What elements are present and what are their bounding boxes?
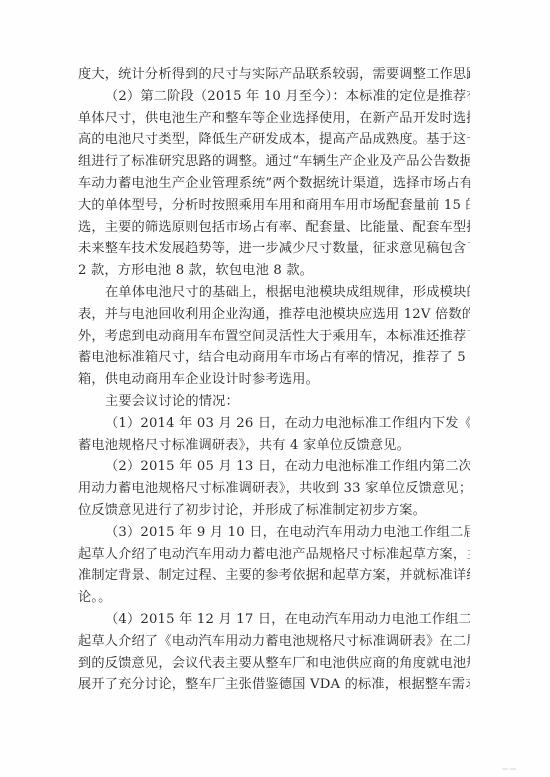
paragraph-module-size: 在单体电池尺寸的基础上，根据电池模块成组规律，形成模块的推荐尺寸列 xyxy=(78,282,470,304)
text-line: 准制定背景、制定过程、主要的参考依据和起草方案，并就标准详细内容展开讨 xyxy=(78,565,470,587)
watermark-mark xyxy=(502,755,526,765)
text-line: 起草人介绍了《电动汽车用动力蓄电池规格尺寸标准调研表》在二届五次会后收 xyxy=(78,631,470,653)
meeting-item-4: （4）2015 年 12 月 17 日，在电动汽车用动力电池工作组二届六次会议上… xyxy=(78,609,470,631)
text-line: 论。。 xyxy=(78,587,470,609)
document-body: 度大，统计分析得到的尺寸与实际产品联系较弱，需要调整工作思路。 （2）第二阶段（… xyxy=(78,64,470,696)
document-page: 度大，统计分析得到的尺寸与实际产品联系较弱，需要调整工作思路。 （2）第二阶段（… xyxy=(0,0,550,777)
text-line: 外，考虑到电动商用车布置空间灵活性大于乘用车，本标准还推荐了电动商用车 xyxy=(78,326,470,348)
text-line: 车动力蓄电池生产企业管理系统”两个数据统计渠道，选择市场占有率高、销量 xyxy=(78,173,470,195)
meeting-item-3: （3）2015 年 9 月 10 日，在电动汽车用动力电池工作组二届五次会议上， xyxy=(78,522,470,544)
text-line: 2 款，方形电池 8 款，软包电池 8 款。 xyxy=(78,260,470,282)
paragraph-stage-two-heading: （2）第二阶段（2015 年 10 月至今）：本标准的定位是推荐有代表性的电池 xyxy=(78,86,470,108)
text-line: 单体尺寸，供电池生产和整车等企业选择使用，在新产品开发时选择市场占有率 xyxy=(78,108,470,130)
text-line: 未来整车技术发展趋势等，进一步减少尺寸数量，征求意见稿包含了圆柱形电池 xyxy=(78,238,470,260)
section-heading-meetings: 主要会议讨论的情况： xyxy=(78,391,470,413)
text-line: 到的反馈意见，会议代表主要从整车厂和电池供应商的角度就电池规格尺寸标准 xyxy=(78,653,470,675)
text-line: 度大，统计分析得到的尺寸与实际产品联系较弱，需要调整工作思路。 xyxy=(78,64,470,86)
text-line: 起草人介绍了电动汽车用动力蓄电池产品规格尺寸标准起草方案，主要讲解了标 xyxy=(78,544,470,566)
text-line: 大的单体型号，分析时按照乘用车用和商用车用市场配套量前 15 的电池进行筛 xyxy=(78,195,470,217)
text-line: 展开了充分讨论，整车厂主张借鉴德国 VDA 的标准，根据整车需求来确定电池单 xyxy=(78,674,470,696)
text-line: 蓄电池标准箱尺寸，结合电动商用车市场占有率的情况，推荐了 5 款蓄电池标准 xyxy=(78,347,470,369)
text-line: 箱，供电动商用车企业设计时参考选用。 xyxy=(78,369,470,391)
text-line: 蓄电池规格尺寸标准调研表》，共有 4 家单位反馈意见。 xyxy=(78,435,470,457)
text-line: 表，并与电池回收利用企业沟通，推荐电池模块应选用 12V 倍数的电压等级。此 xyxy=(78,304,470,326)
text-line: 位反馈意见进行了初步讨论，并形成了标准制定初步方案。 xyxy=(78,500,470,522)
text-line: 高的电池尺寸类型，降低生产研发成本，提高产品成熟度。基于这一考虑，工作 xyxy=(78,129,470,151)
text-line: 用动力蓄电池规格尺寸标准调研表》，共收到 33 家单位反馈意见；起草组对各单 xyxy=(78,478,470,500)
meeting-item-1: （1）2014 年 03 月 26 日，在动力电池标准工作组内下发《电动汽车用动… xyxy=(78,413,470,435)
text-line: 组进行了标准研究思路的调整。通过“车辆生产企业及产品公告数据库”和“汽 xyxy=(78,151,470,173)
text-line: 选，主要的筛选原则包括市场占有率、配套量、比能量、配套车型技术条件以及 xyxy=(78,217,470,239)
meeting-item-2: （2）2015 年 05 月 13 日，在动力电池标准工作组内第二次下发《电动汽… xyxy=(78,456,470,478)
